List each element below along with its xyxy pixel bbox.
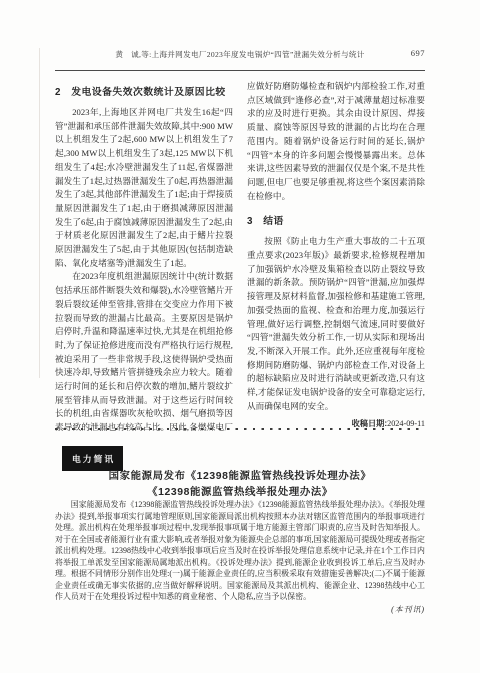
page-number: 697 [411,48,425,58]
section-2-heading: 2 发电设备失效次数统计及原因比较 [55,84,233,98]
news-title-line-1: 国家能源局发布《12398能源监管热线投诉处理办法》 [55,469,425,485]
journal-page: 黄 诚,等:上海并网发电厂2023年度发电锅炉“四管”泄漏失效分析与统计 697… [0,0,480,673]
header-divider [55,70,425,71]
news-body-block: 国家能源局发布《12398能源监管热线投诉处理办法》《12398能源监管热线举报… [55,499,425,616]
news-byline: (本刊讯) [55,604,425,617]
dotted-separator [55,428,425,430]
section-3-paragraph-1: 按照《防止电力生产重大事故的二十五项重点要求(2023年版)》最新要求,检修规程… [247,235,425,413]
running-header: 黄 诚,等:上海并网发电厂2023年度发电锅炉“四管”泄漏失效分析与统计 697 [55,49,425,60]
news-title: 国家能源局发布《12398能源监管热线投诉处理办法》 《12398能源监管热线举… [55,469,425,500]
news-title-line-2: 《12398能源监管热线举报处理办法》 [55,485,425,501]
running-title: 黄 诚,等:上海并网发电厂2023年度发电锅炉“四管”泄漏失效分析与统计 [115,50,364,59]
section-3-heading: 3 结语 [247,213,425,227]
news-section-badge: 电力简讯 [62,446,123,471]
article-columns: 2 发电设备失效次数统计及原因比较 2023年,上海地区并网电厂共发生16起“四… [55,80,425,436]
section-2-paragraph-1: 2023年,上海地区并网电厂共发生16起“四管”泄漏和承压部件泄漏失效故障,其中… [55,106,233,270]
scan-edge-artifact [39,48,40,378]
news-body-paragraph: 国家能源局发布《12398能源监管热线投诉处理办法》《12398能源监管热线举报… [55,499,425,603]
